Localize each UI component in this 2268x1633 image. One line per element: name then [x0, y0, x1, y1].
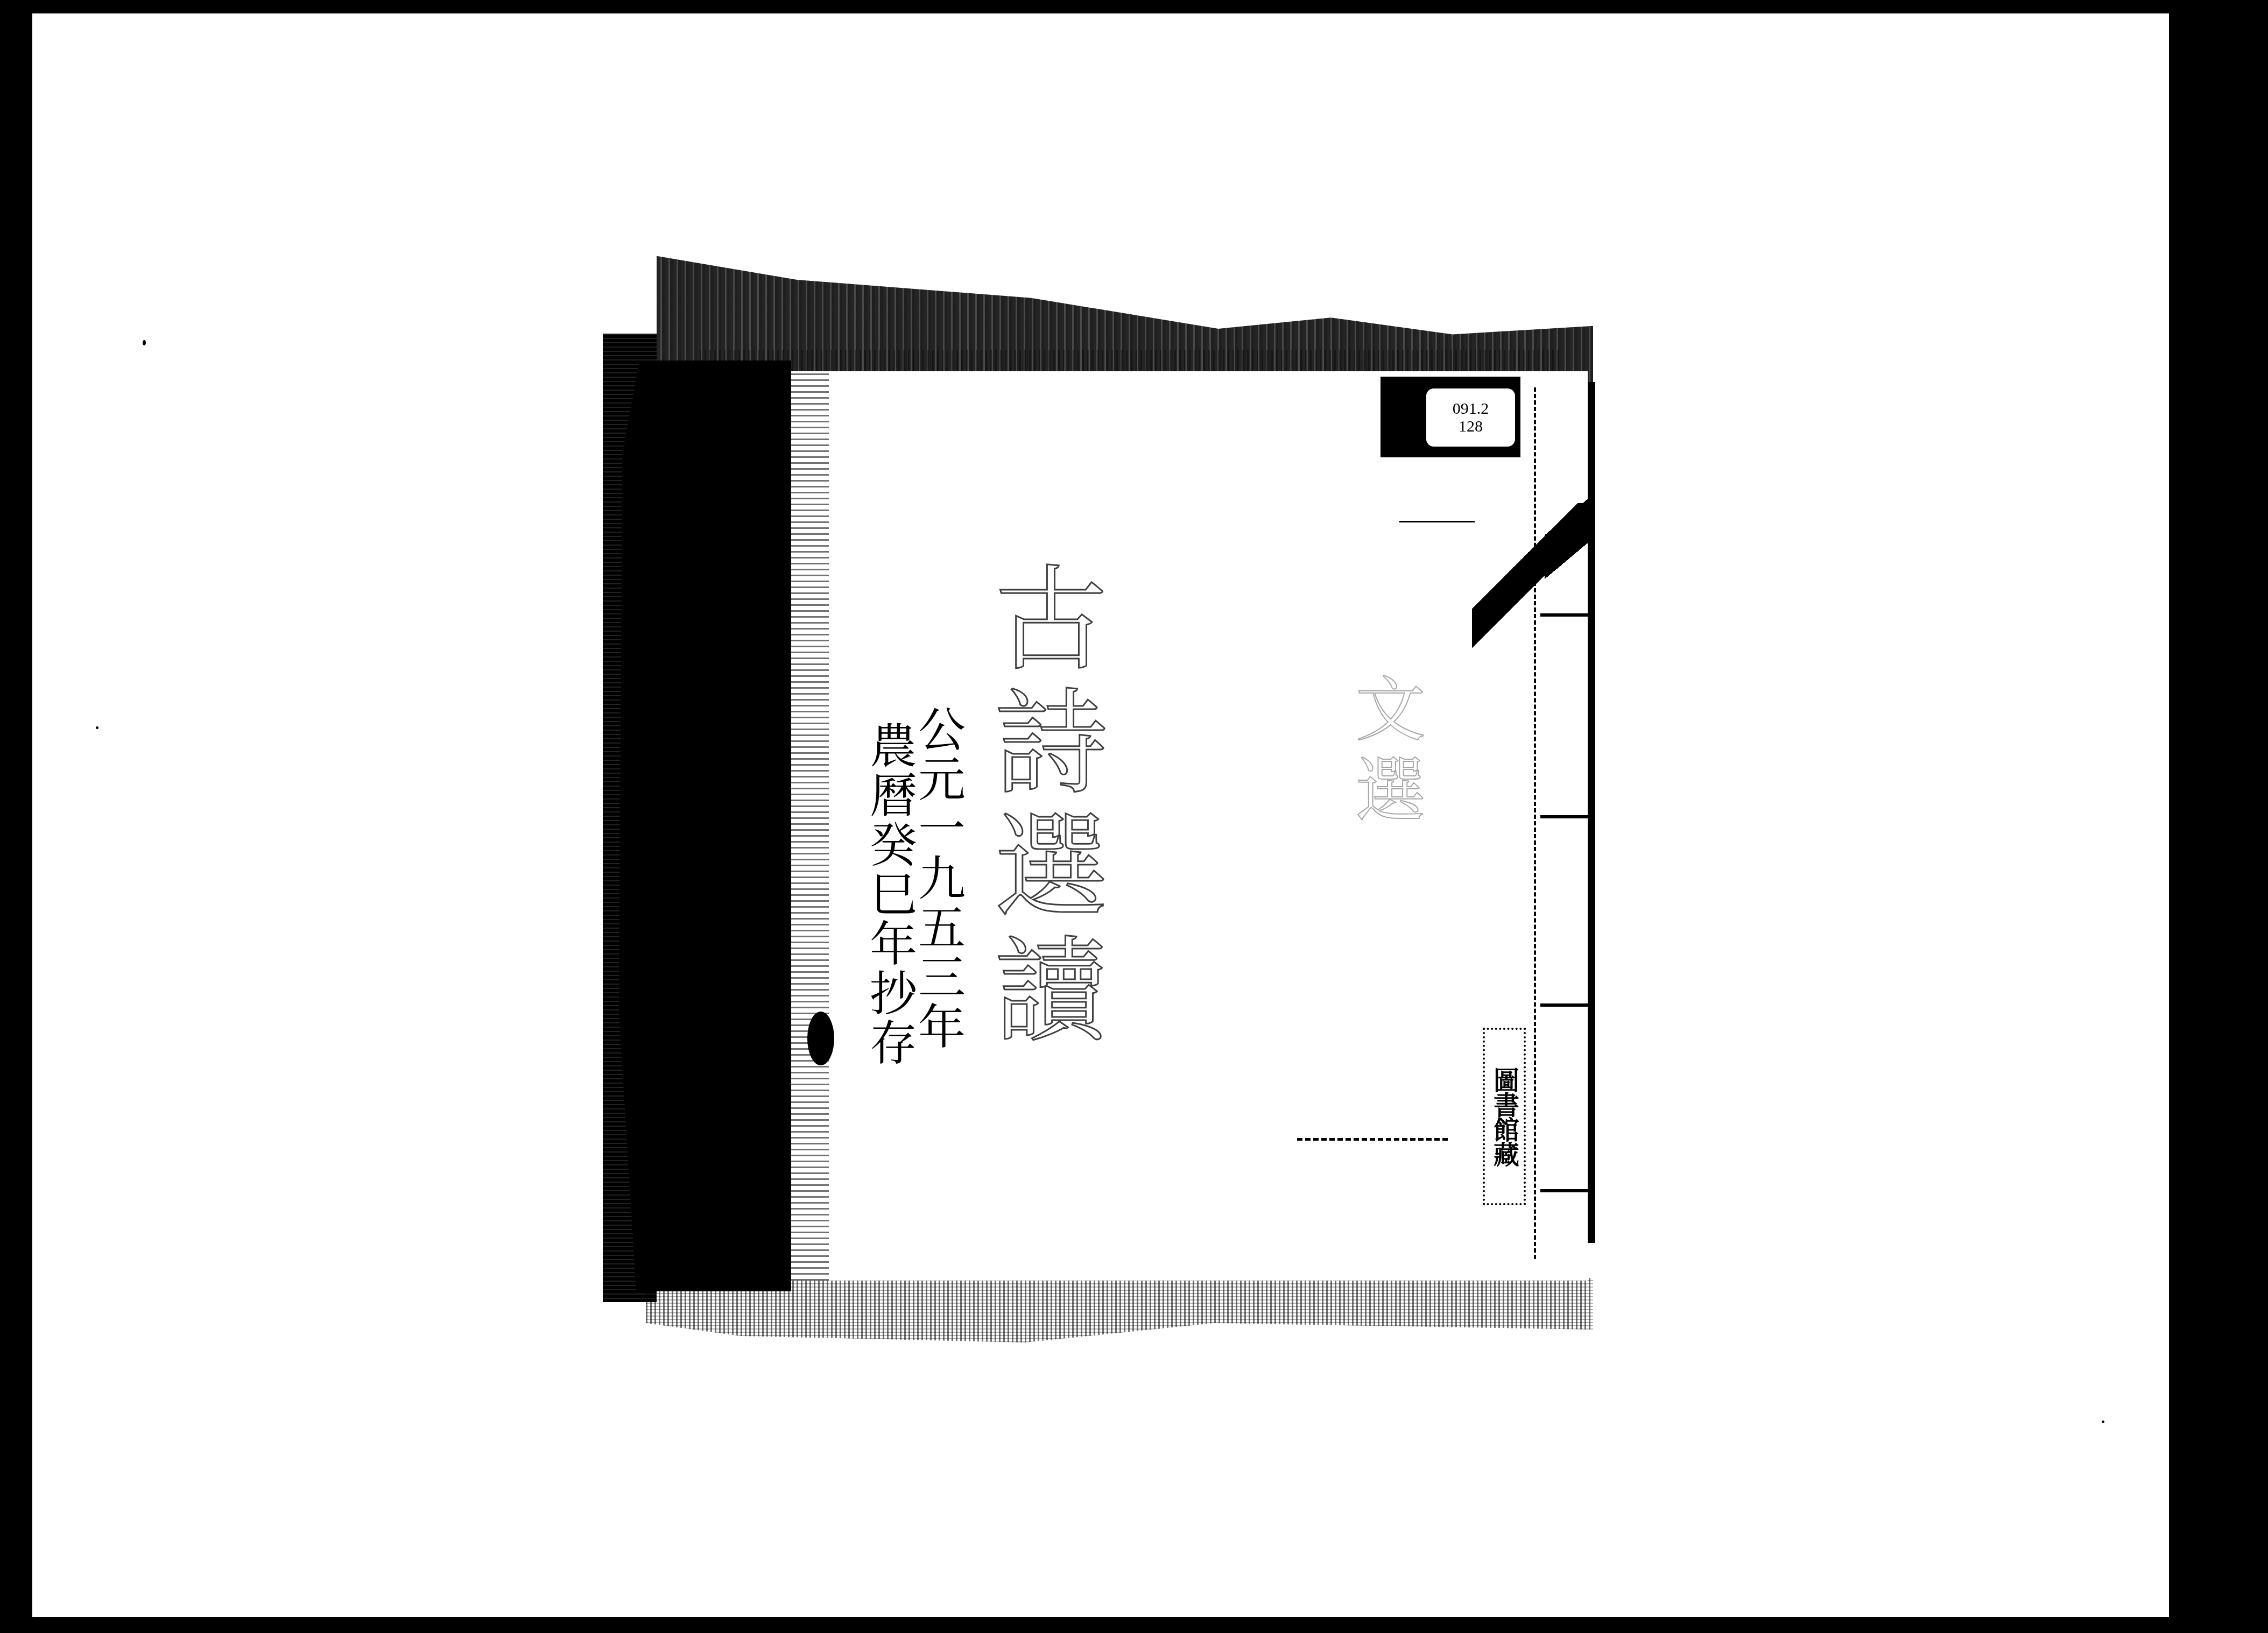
book-left-spine: [619, 360, 791, 1291]
book-title: 古詩選讀: [985, 560, 1098, 1055]
book-bottom-edge: [646, 1278, 1593, 1342]
binding-stitch: [1540, 815, 1591, 818]
binding-edge: [1588, 382, 1595, 1243]
cover-left-edge-texture: [791, 371, 829, 1281]
call-number-line2: 128: [1459, 418, 1483, 435]
book-scan: 091.2 128 古詩選讀 公元一九五三年 農曆癸巳年抄存 文選 圖書館藏: [0, 0, 2268, 1633]
scan-speck: [143, 340, 146, 345]
cover-fold-line: [1399, 521, 1475, 522]
spine-binding-mark: [807, 1012, 834, 1065]
binding-stitch: [1540, 1003, 1591, 1007]
library-seal: 圖書館藏: [1483, 1028, 1526, 1205]
binding-stitch: [1540, 1189, 1591, 1192]
scan-speck: [2102, 1420, 2104, 1423]
call-number-text: 091.2 128: [1426, 388, 1515, 447]
scan-speck: [96, 726, 98, 729]
inscription-date-lunar: 農曆癸巳年抄存: [856, 721, 924, 1068]
faint-cover-text: 文選: [1335, 673, 1435, 834]
call-number-line1: 091.2: [1453, 400, 1489, 418]
dashed-mark: [1297, 1138, 1448, 1141]
corner-protector: [1545, 473, 1588, 613]
